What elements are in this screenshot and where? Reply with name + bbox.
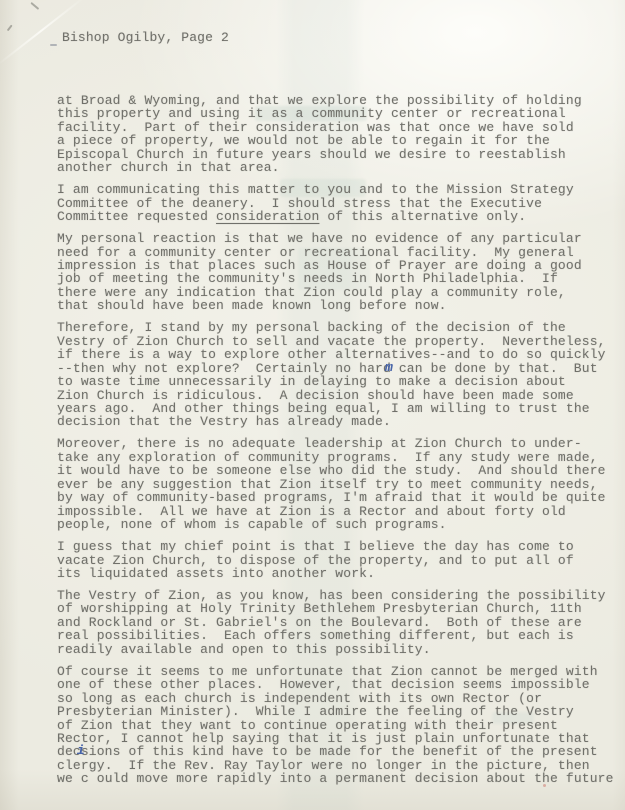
paragraph-4: Therefore, I stand by my personal backin… [57, 321, 625, 429]
pencil-mark [50, 44, 57, 46]
underlined-word: consideration [216, 209, 319, 224]
text-segment: My personal reaction is that we have no … [57, 231, 582, 313]
paragraph-1: at Broad & Wyoming, and that we explore … [57, 94, 625, 175]
handwritten-correction: i [77, 743, 85, 758]
paragraph-8: Of course it seems to me unfortunate tha… [57, 665, 625, 786]
text-segment: Moreover, there is no adequate leadershi… [57, 436, 606, 532]
text-segment: at Broad & Wyoming, and that we explore … [57, 93, 582, 175]
paragraph-5: Moreover, there is no adequate leadershi… [57, 437, 625, 531]
text-segment: of this alternative only. [319, 209, 526, 224]
paragraph-7: The Vestry of Zion, as you know, has bee… [57, 589, 625, 656]
paragraph-2: I am communicating this matter to you an… [57, 183, 625, 223]
page-header: Bishop Ogilby, Page 2 [62, 31, 229, 44]
scanned-letter-page: Bishop Ogilby, Page 2 at Broad & Wyoming… [0, 0, 625, 810]
handwritten-correction: m [385, 360, 393, 375]
fold-mark [31, 2, 40, 10]
text-segment: I guess that my chief point is that I be… [57, 539, 574, 581]
paragraph-6: I guess that my chief point is that I be… [57, 540, 625, 580]
text-segment: sions of this kind have to be made for t… [57, 744, 614, 786]
text-segment: The Vestry of Zion, as you know, has bee… [57, 588, 606, 657]
letter-body: at Broad & Wyoming, and that we explore … [57, 94, 625, 794]
fold-mark [7, 25, 12, 31]
paragraph-3: My personal reaction is that we have no … [57, 232, 625, 313]
